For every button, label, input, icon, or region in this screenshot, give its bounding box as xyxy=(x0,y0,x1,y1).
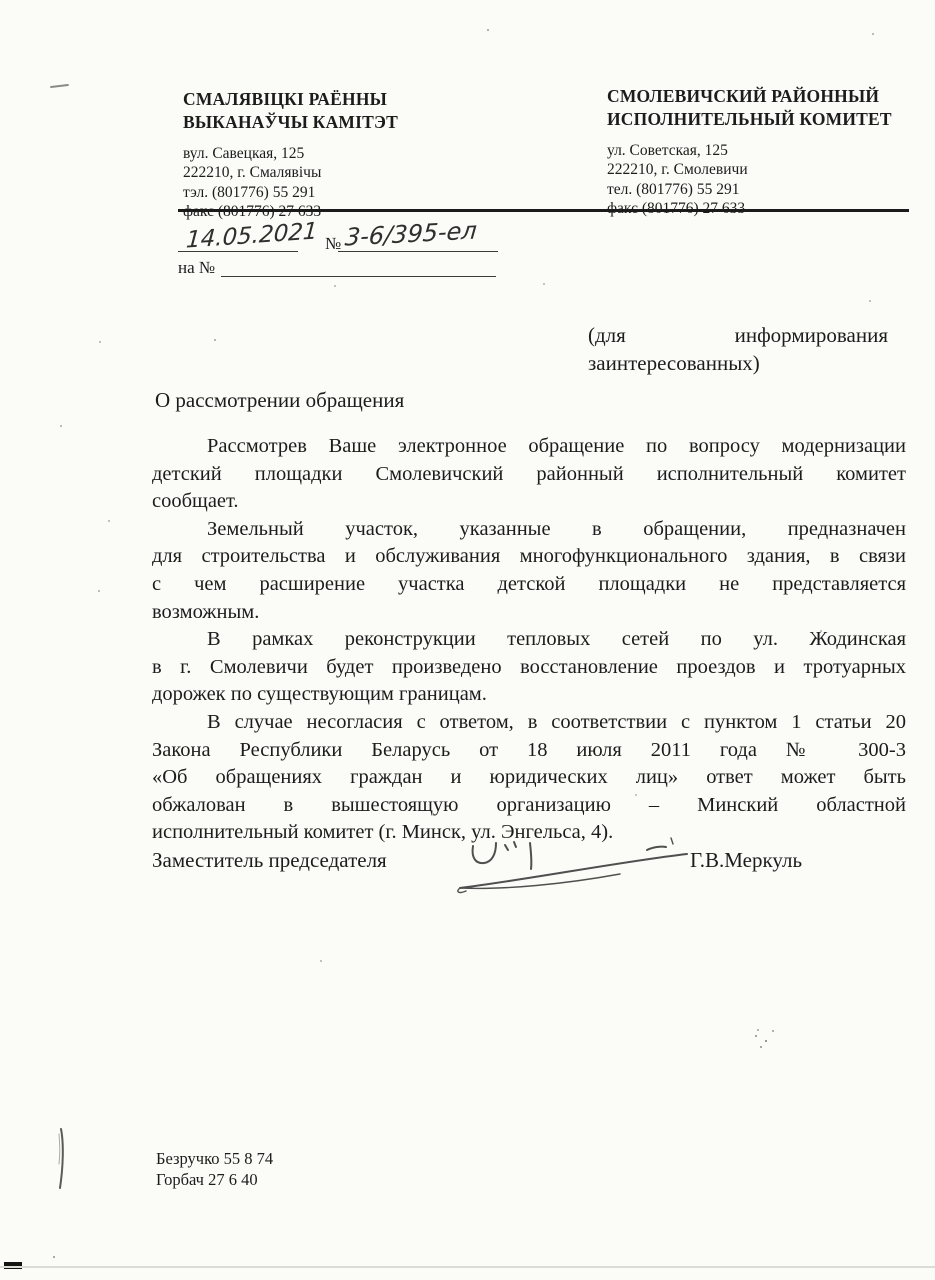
executor-contact-line: Горбач 27 6 40 xyxy=(156,1169,273,1190)
body-line: детский площадки Смолевичский районный и… xyxy=(152,461,906,489)
signer-position: Заместитель председателя xyxy=(152,848,387,873)
body-line: «Об обращениях граждан и юридических лиц… xyxy=(152,764,906,792)
body-line: Земельный участок, указанные в обращении… xyxy=(152,516,906,544)
org-address-ru: ул. Советская, 125 222210, г. Смолевичи … xyxy=(607,141,892,219)
body-line: дорожек по существующим границам. xyxy=(152,681,906,709)
handwritten-date: 14.05.2021 xyxy=(185,218,318,253)
body-line: возможным. xyxy=(152,599,906,627)
body-line: для строительства и обслуживания многофу… xyxy=(152,543,906,571)
body-line: с чем расширение участка детской площадк… xyxy=(152,571,906,599)
body-line: В рамках реконструкции тепловых сетей по… xyxy=(152,626,906,654)
address-line: ул. Советская, 125 xyxy=(607,141,892,160)
body-line: обжалован в вышестоящую организацию – Ми… xyxy=(152,792,906,820)
address-line: тел. (801776) 55 291 xyxy=(607,180,892,199)
scan-artifact-pen-stroke xyxy=(52,1126,72,1192)
scan-artifact-dash xyxy=(50,84,69,88)
date-underline xyxy=(178,251,298,252)
number-underline xyxy=(338,251,498,252)
recipient-note: (для информирования заинтересованных) xyxy=(588,322,888,377)
reply-number-underline xyxy=(221,276,496,277)
address-line: вул. Савецкая, 125 xyxy=(183,144,398,163)
body-line: В случае несогласия с ответом, в соответ… xyxy=(152,709,906,737)
body-line: Закона Республики Беларусь от 18 июля 20… xyxy=(152,737,906,765)
recipient-note-line: заинтересованных) xyxy=(588,350,888,378)
org-name-by-line1: СМАЛЯВІЦКІ РАЁННЫ xyxy=(183,88,398,111)
signature-scribble xyxy=(435,828,705,903)
executor-contacts: Безручко 55 8 74 Горбач 27 6 40 xyxy=(156,1148,273,1190)
org-name-ru-line1: СМОЛЕВИЧСКИЙ РАЙОННЫЙ xyxy=(607,85,892,108)
letterhead-left: СМАЛЯВІЦКІ РАЁННЫ ВЫКАНАЎЧЫ КАМІТЭТ вул.… xyxy=(183,88,398,222)
letterhead-right: СМОЛЕВИЧСКИЙ РАЙОННЫЙ ИСПОЛНИТЕЛЬНЫЙ КОМ… xyxy=(607,85,892,219)
address-line: 222210, г. Смалявічы xyxy=(183,163,398,182)
executor-contact-line: Безручко 55 8 74 xyxy=(156,1148,273,1169)
org-name-by-line2: ВЫКАНАЎЧЫ КАМІТЭТ xyxy=(183,111,398,134)
body-line: сообщает. xyxy=(152,488,906,516)
address-line: тэл. (801776) 55 291 xyxy=(183,183,398,202)
body-line: Рассмотрев Ваше электронное обращение по… xyxy=(152,433,906,461)
subject-line: О рассмотрении обращения xyxy=(155,388,404,413)
signer-name: Г.В.Меркуль xyxy=(690,848,802,873)
scan-noise-specks xyxy=(487,29,489,31)
letterhead-divider-rule xyxy=(178,209,909,212)
recipient-note-line: (для информирования xyxy=(588,322,888,350)
scan-edge-line xyxy=(0,1266,935,1268)
letter-body: Рассмотрев Ваше электронное обращение по… xyxy=(152,433,906,847)
org-name-ru-line2: ИСПОЛНИТЕЛЬНЫЙ КОМИТЕТ xyxy=(607,108,892,131)
reply-to-number-label: на № xyxy=(178,258,215,278)
address-line: 222210, г. Смолевичи xyxy=(607,160,892,179)
body-line: в г. Смолевичи будет произведено восстан… xyxy=(152,654,906,682)
handwritten-outgoing-number: 3-6/395-ел xyxy=(344,216,478,251)
